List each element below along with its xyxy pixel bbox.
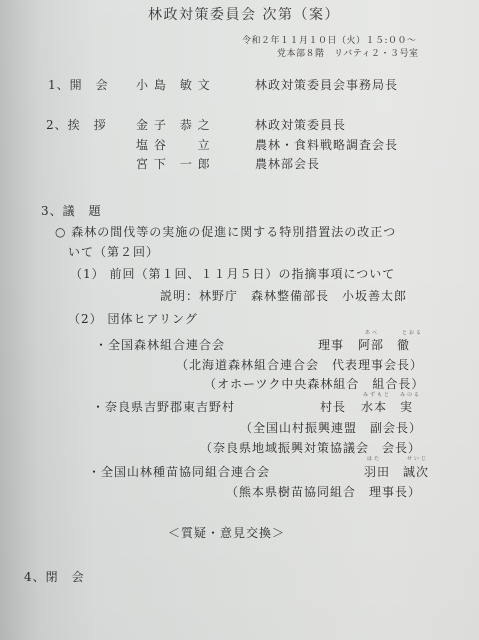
org-2-person: 水本 実 — [361, 400, 413, 414]
item-2-label: 2、挨 拶 — [46, 118, 107, 132]
item-1-speaker-role: 林政対策委員会事務局長 — [255, 78, 398, 92]
org-3-affiliation-1: （熊本県樹苗協同組合 理事長） — [226, 485, 421, 499]
agenda-document: 林政対策委員会 次第（案） 令和２年１１月１０日（火）１５:００～ 党本部８階 … — [0, 0, 479, 640]
org-2-ruby-surname: みずもと — [363, 392, 391, 398]
org-1-affiliation-1: （北海道森林組合連合会 代表理事会長） — [176, 358, 423, 372]
meeting-location: 党本部８階 リバティ２・３号室 — [277, 49, 419, 60]
org-1-affiliation-2: （オホーツク中央森林組合 組合長） — [204, 377, 424, 391]
org-3-name: ・全国山林種苗協同組合連合会 — [88, 465, 270, 479]
document-title: 林政対策委員会 次第（案） — [148, 8, 340, 22]
topic-line-2: いて（第２回） — [68, 245, 159, 259]
item-2-speaker-2-role: 農林・食料戦略調査会長 — [255, 138, 398, 152]
item-2-speaker-2-name: 塩 谷 立 — [136, 138, 211, 152]
subitem-1-explanation: 説明：林野庁 森林整備部長 小坂善太郎 — [160, 289, 407, 303]
item-2-speaker-1-role: 林政対策委員長 — [255, 118, 346, 132]
item-1-label: 1、開 会 — [48, 78, 109, 92]
meeting-datetime: 令和２年１１月１０日（火）１５:００～ — [242, 36, 417, 47]
org-2-affiliation-2: （奈良県地域振興対策協議会 会長） — [200, 441, 421, 455]
org-1-title: 理事 — [318, 338, 344, 352]
item-2-speaker-3-role: 農林部会長 — [255, 157, 320, 171]
org-2-name: ・奈良県吉野郡東吉野村 — [92, 400, 235, 414]
org-1-person: 阿部 徹 — [358, 338, 410, 352]
item-2-speaker-3-name: 宮 下 一 郎 — [136, 157, 211, 171]
org-3-person: 羽田 誠次 — [364, 465, 429, 479]
topic-line-1: ○ 森林の間伐等の実施の促進に関する特別措置法の改正つ — [55, 225, 396, 239]
item-2-speaker-1-name: 金 子 恭 之 — [136, 118, 211, 132]
discussion-label: ＜質疑・意見交換＞ — [168, 526, 285, 540]
subitem-2-label: （2） 団体ヒアリング — [68, 312, 198, 326]
org-3-ruby-surname: はた — [367, 456, 381, 462]
org-2-affiliation-1: （全国山村振興連盟 副会長） — [240, 421, 422, 435]
org-1-name: ・全国森林組合連合会 — [95, 338, 225, 352]
item-1-speaker-name: 小 島 敏 文 — [136, 78, 211, 92]
item-4-label: 4、閉 会 — [24, 570, 85, 584]
item-3-label: 3、議 題 — [41, 204, 102, 218]
org-3-ruby-given: せいじ — [407, 456, 428, 462]
subitem-1-label: （1） 前回（第１回、１１月５日）の指摘事項について — [70, 267, 395, 281]
org-2-ruby-given: みのる — [400, 392, 421, 398]
org-1-ruby-given: とおる — [402, 330, 423, 336]
org-1-ruby-surname: あべ — [365, 330, 379, 336]
org-2-title: 村長 — [320, 400, 346, 414]
